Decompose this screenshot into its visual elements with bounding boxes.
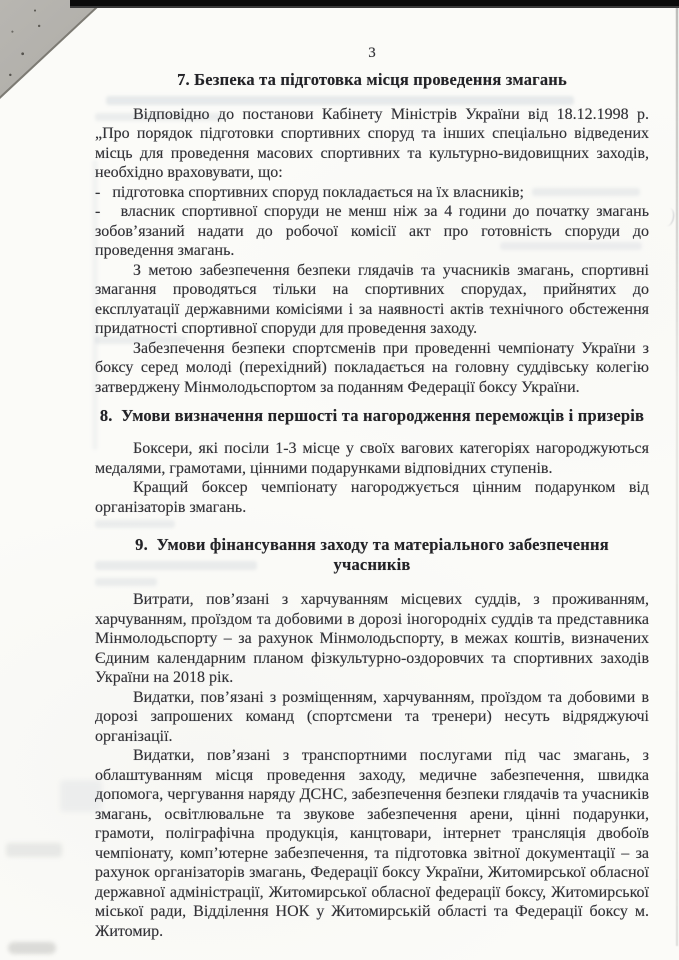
list-item-7-2: - власник спортивної споруди не менш ніж…	[95, 202, 649, 261]
scanned-page: 3 7. Безпека та підготовка місця проведе…	[0, 0, 679, 960]
scan-smudge	[8, 942, 56, 954]
ink-bleed-artifact	[6, 843, 62, 857]
scan-edge-right	[676, 7, 678, 946]
section-7-heading: 7. Безпека та підготовка місця проведенн…	[95, 70, 649, 90]
paragraph-9-3: Видатки, пов’язані з транспортними послу…	[95, 746, 649, 941]
section-8-heading: 8. Умови визначення першості та нагородж…	[95, 406, 649, 426]
section-9-heading: 9. Умови фінансування заходу та матеріал…	[95, 535, 649, 575]
paragraph-8-2: Кращий боксер чемпіонату нагороджується …	[95, 478, 649, 517]
paragraph-9-1: Витрати, пов’язані з харчуванням місцеви…	[95, 590, 649, 688]
paragraph-7-1: Відповідно до постанови Кабінету Міністр…	[95, 105, 649, 183]
page-number: 3	[95, 44, 649, 64]
paragraph-7-2: З метою забезпечення безпеки глядачів та…	[95, 261, 649, 339]
paragraph-9-2: Видатки, пов’язані з розміщенням, харчув…	[95, 688, 649, 747]
document-body: 3 7. Безпека та підготовка місця проведе…	[95, 0, 649, 941]
pen-mark-artifact	[662, 207, 676, 227]
paragraph-8-1: Боксери, які посіли 1-3 місце у своїх ва…	[95, 439, 649, 478]
paragraph-7-3: Забезпечення безпеки спортсменів при про…	[95, 339, 649, 398]
list-item-7-1: - підготовка спортивних споруд покладаєт…	[95, 183, 649, 203]
